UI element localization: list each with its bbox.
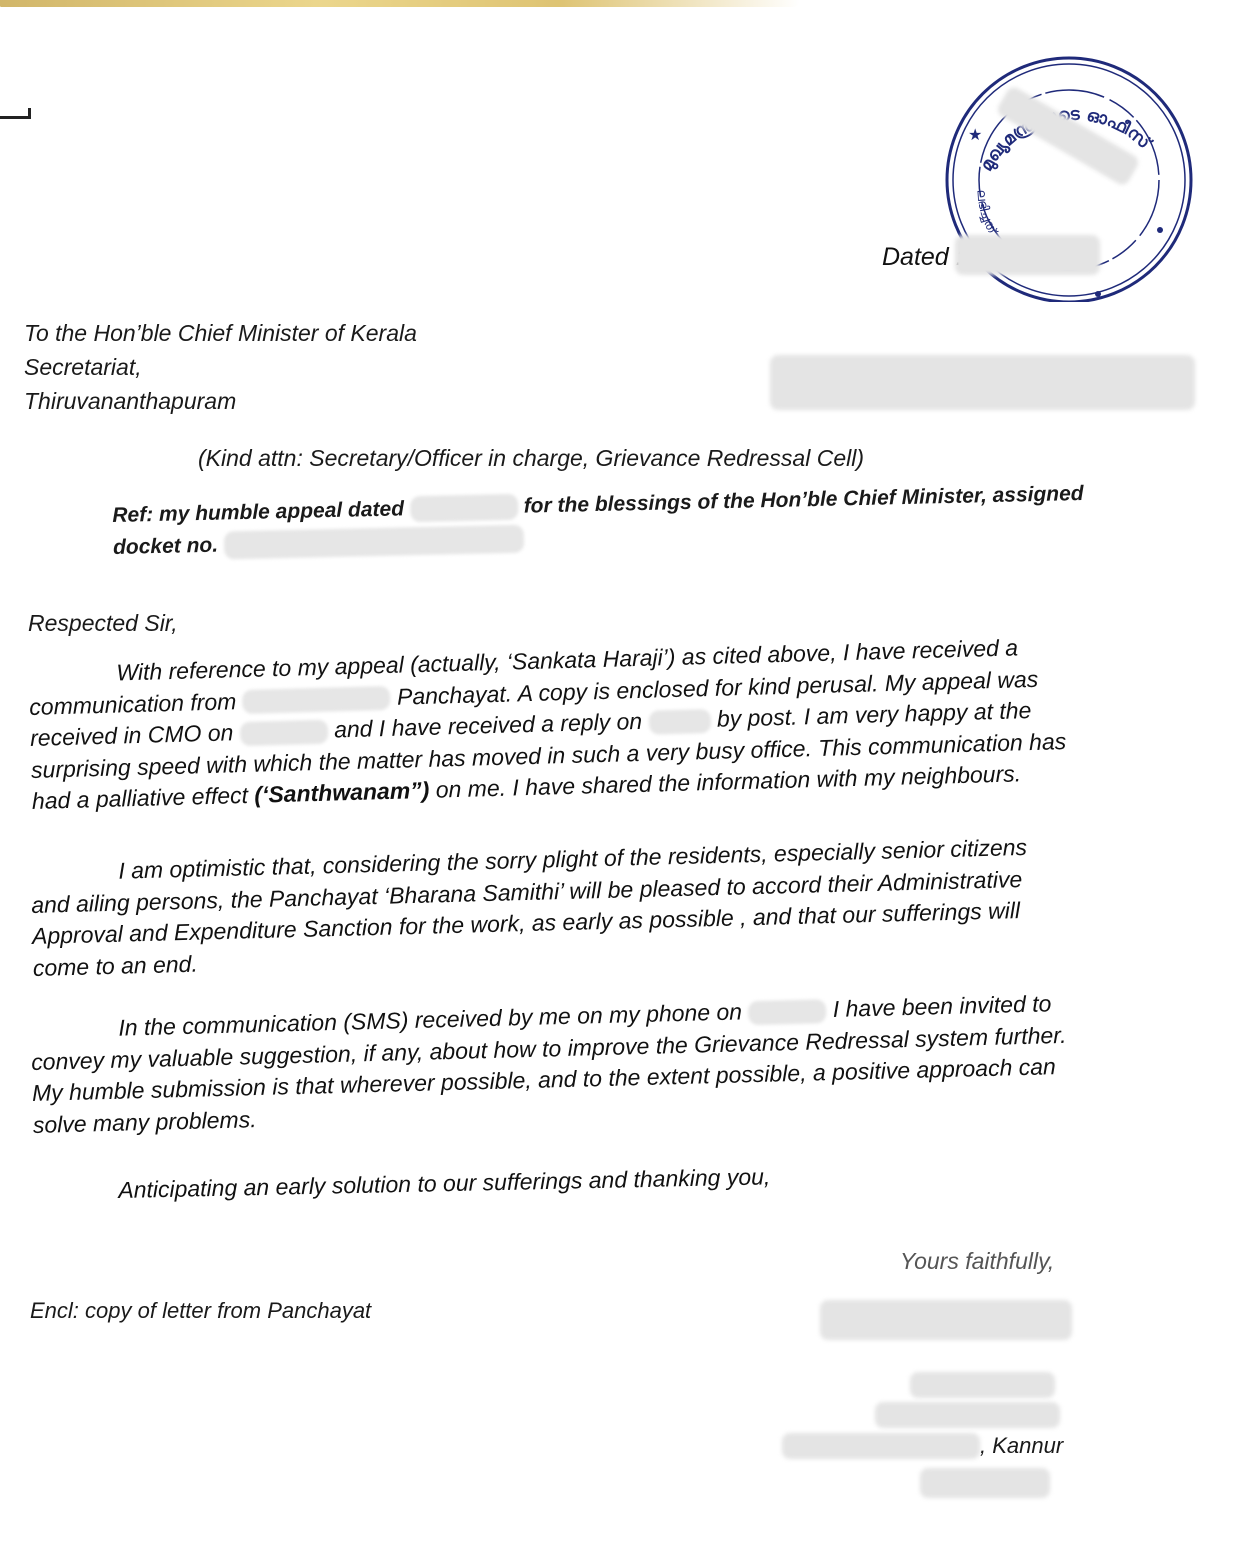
addressee-line-2: Secretariat, bbox=[24, 354, 142, 381]
redacted-date bbox=[955, 235, 1100, 275]
reference-text-3: docket no. bbox=[113, 534, 219, 559]
redacted-address-line-2 bbox=[875, 1402, 1060, 1428]
reference-text-1: Ref: my humble appeal dated bbox=[112, 497, 404, 527]
enclosure-note: Encl: copy of letter from Panchayat bbox=[30, 1298, 371, 1324]
redacted-sender-header bbox=[770, 355, 1195, 410]
redacted-pincode bbox=[920, 1468, 1050, 1498]
redacted-received-date bbox=[239, 720, 328, 746]
reference-text-2: for the blessings of the Hon’ble Chief M… bbox=[523, 482, 1083, 518]
redacted-panchayat-name bbox=[242, 686, 391, 714]
attention-line: (Kind attn: Secretary/Officer in charge,… bbox=[198, 445, 864, 472]
p1-santhwanam: (‘Santhwanam”) bbox=[254, 777, 430, 808]
address-city: , Kannur bbox=[980, 1433, 1063, 1459]
dated-label: Dated : bbox=[882, 243, 963, 272]
p4-text: Anticipating an early solution to our su… bbox=[118, 1163, 770, 1203]
scan-edge-artifact bbox=[0, 0, 800, 7]
redacted-address-line-1 bbox=[910, 1372, 1055, 1398]
salutation: Respected Sir, bbox=[28, 610, 178, 637]
redacted-appeal-date bbox=[410, 494, 519, 522]
addressee-line-1: To the Hon’ble Chief Minister of Kerala bbox=[24, 320, 417, 347]
body-paragraph-4: Anticipating an early solution to our su… bbox=[118, 1158, 918, 1206]
body-paragraph-3: In the communication (SMS) received by m… bbox=[30, 988, 1073, 1141]
redacted-reply-date bbox=[648, 709, 711, 735]
svg-text:★: ★ bbox=[968, 127, 982, 144]
redacted-docket-number bbox=[224, 525, 525, 560]
body-paragraph-1: With reference to my appeal (actually, ‘… bbox=[28, 631, 1082, 818]
redacted-signature-name bbox=[820, 1300, 1072, 1340]
valediction: Yours faithfully, bbox=[900, 1248, 1054, 1275]
addressee-line-3: Thiruvananthapuram bbox=[24, 388, 236, 415]
svg-text:ലഭിച്ചത്: ലഭിച്ചത് bbox=[973, 189, 1000, 238]
reference-block: Ref: my humble appeal dated for the bles… bbox=[112, 478, 1093, 564]
body-paragraph-2: I am optimistic that, considering the so… bbox=[30, 831, 1073, 984]
margin-mark bbox=[0, 108, 31, 119]
p2-text: I am optimistic that, considering the so… bbox=[31, 834, 1027, 981]
redacted-address-line-3 bbox=[782, 1433, 980, 1459]
redacted-sms-date bbox=[748, 999, 827, 1025]
p1-text-c: and I have received a reply on bbox=[334, 708, 643, 743]
